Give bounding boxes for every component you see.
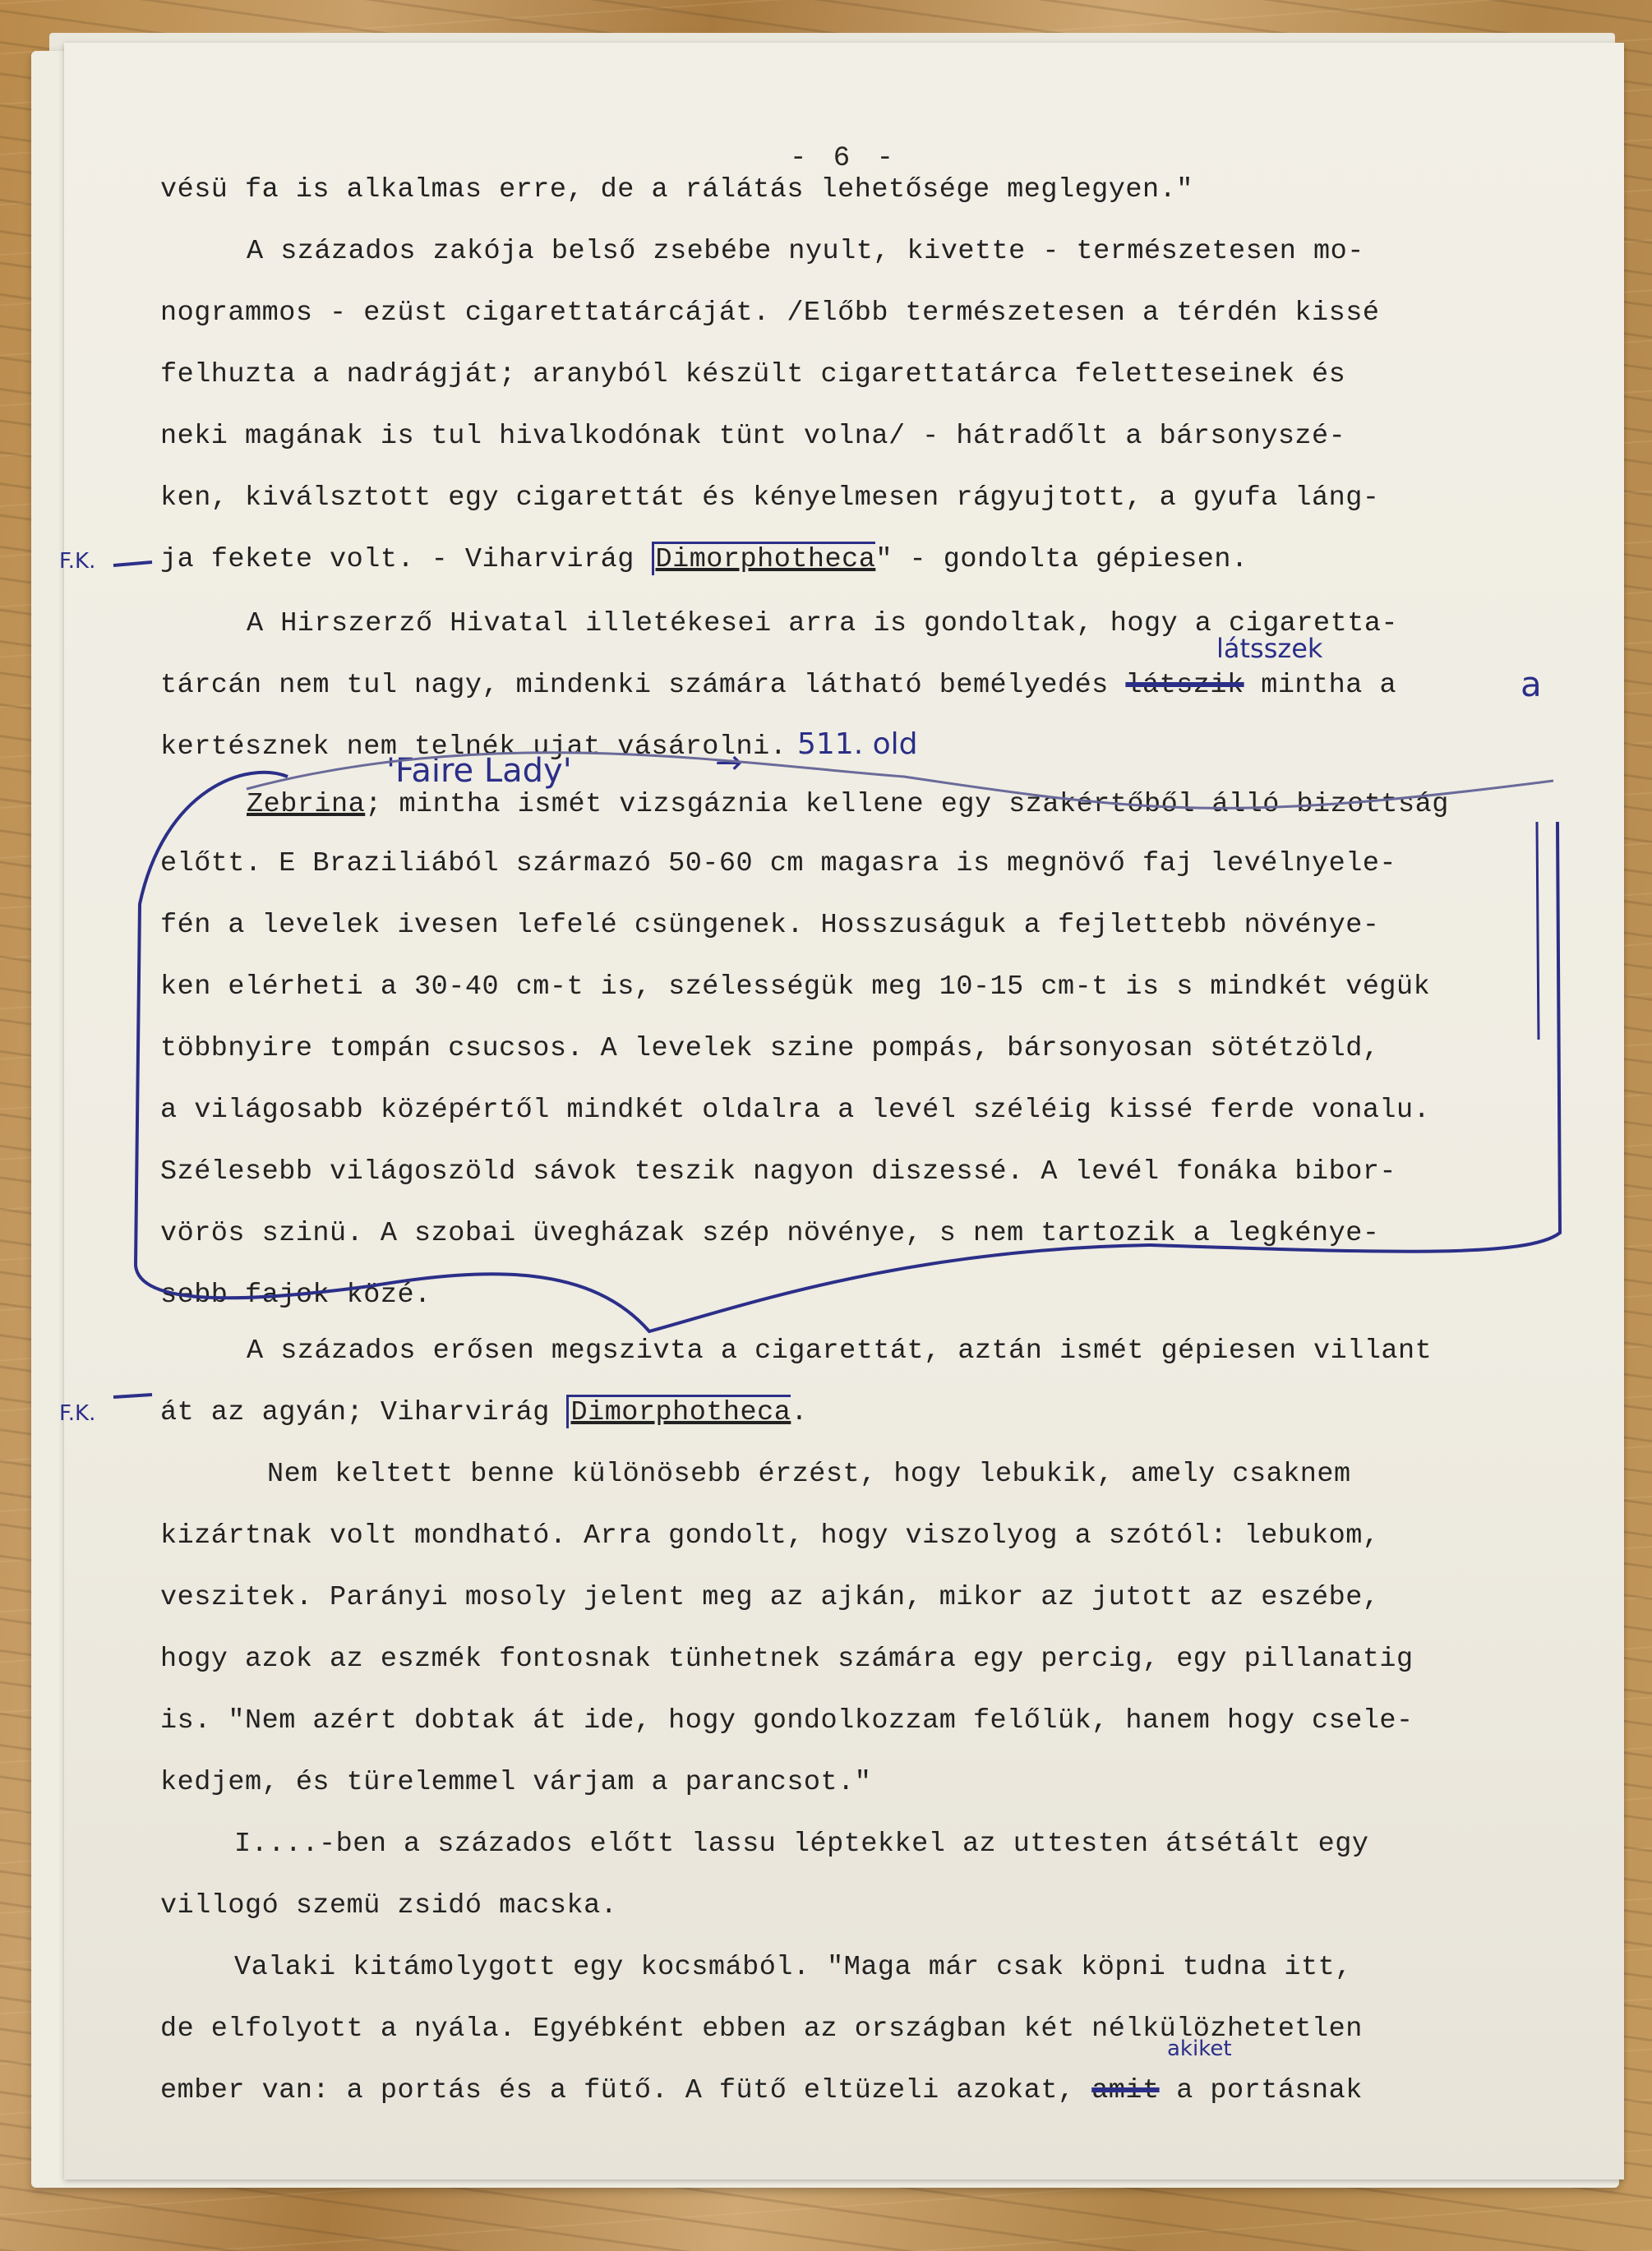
pen-markings — [0, 0, 1652, 2251]
margin-arrow — [113, 562, 152, 565]
deletion-loop — [136, 773, 1560, 1331]
strike-wave — [247, 753, 1553, 809]
margin-arrow — [113, 1395, 152, 1397]
margin-bracket — [1537, 822, 1539, 1040]
